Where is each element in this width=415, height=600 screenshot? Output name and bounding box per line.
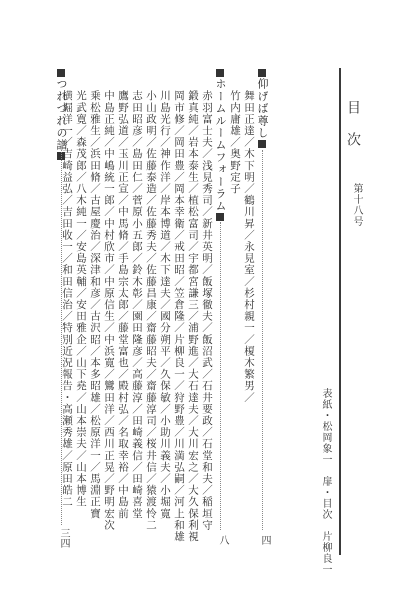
square-bullet-icon [57, 69, 65, 77]
contributor-column: 小山政明／佐藤泰造／佐藤秀夫／佐藤昌康／齋藤昭夫／齋藤淳司／桜井信／猿渡怜二 [145, 90, 157, 531]
square-bullet-icon [258, 69, 266, 77]
dotted-leader [61, 150, 62, 525]
square-bullet-icon [216, 213, 224, 221]
contributor-column: 鍛真純／岩本泰生／植松富司／宇都宮謙三／浦野進／大石達夫／大川宏之／大久保利視 [187, 90, 199, 542]
vertical-rule [339, 68, 341, 555]
cover-credits: 表紙・松岡象一 扉・目次 片柳良一 [319, 388, 331, 575]
contributor-column: 川島光行／神作洋／岸本博道／木下達夫／國分朔平／久保敏／小助川義夫／小堀寛 [159, 90, 171, 519]
contributor-column: 竹内庸雄／奥野定子 [229, 90, 241, 194]
section-heading-tsurezure[interactable]: つれづれの譜 [55, 68, 67, 161]
dotted-leader [220, 222, 221, 530]
dotted-leader [262, 150, 263, 530]
page-number: 八 [215, 535, 230, 545]
contributor-column: 鷹野弘道／玉川正宣／中馬脩／手島宗太郎／藤堂富也／殿村弘／名取幸裕／中島前 [117, 90, 129, 519]
section-heading-text: つれづれの譜 [55, 78, 68, 151]
page-number: 三四 [56, 528, 71, 548]
contributor-column: 乗松雅生／浜田脩／古屋慶治／深津和彦／古沢昭／本多昭雄／松原洋一／馬淵正寶 [89, 90, 101, 519]
contributor-column: 志田昭彦／島田仁／菅原小五郎／鈴木彰／園田隆彦／高藤淳／田崎義信／田崎喜堂 [131, 90, 143, 519]
contributor-column: 岡市修／岡田豊／岡本幸衛／戒田昭／笠倉隆／片柳良一／狩野豊／川満弘嗣／河上和雄 [173, 90, 185, 542]
issue-number: 第十八号 [350, 183, 362, 227]
section-heading-text: 仰げば尊し [256, 78, 269, 139]
section-heading-aogeba[interactable]: 仰げば尊し [256, 68, 268, 149]
section-heading-homeroom-forum[interactable]: ホームルームフォーラム [214, 68, 226, 222]
contributor-column: 赤羽富士夫／浅見秀司／新井英明／飯塚徹夫／飯沼武／石井要政／石堂和夫／稲垣守 [201, 90, 213, 531]
section-heading-text: ホームルームフォーラム [214, 78, 227, 212]
toc-title: 目次 [347, 100, 359, 164]
page-number: 四 [257, 535, 272, 545]
contributor-column: 光武寛／森茂郎／八木純一／安島英輔／安田雅企／山下堯／山本崇夫／山本博生 [75, 90, 87, 508]
square-bullet-icon [216, 69, 224, 77]
contributor-column: 中島正純／中嶋統一郎／中村欣市／中原信生／中浜寛／鸞田洋／西川正晃／野明宏次 [103, 90, 115, 531]
contributor-column: 舞田正達／木下明／鶴川昇／永見室／杉村親一／榎木繁男／ [243, 90, 255, 403]
square-bullet-icon [258, 140, 266, 148]
